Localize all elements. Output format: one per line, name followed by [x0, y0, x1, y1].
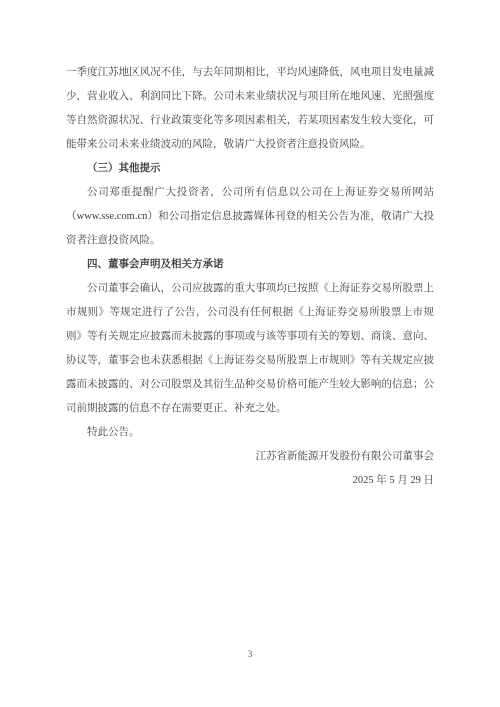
section-heading-board-statement: 四、董事会声明及相关方承诺 — [66, 253, 434, 277]
paragraph-investor-reminder: 公司郑重提醒广大投资者，公司所有信息以公司在上海证券交易所网站（www.sse.… — [66, 181, 434, 253]
page-number: 3 — [0, 649, 500, 659]
signature-date: 2025 年 5 月 29 日 — [66, 469, 434, 493]
paragraph-hereby-announced: 特此公告。 — [66, 421, 434, 445]
section-heading-other-notes: （三）其他提示 — [66, 157, 434, 181]
paragraph-risk-warning-continuation: 一季度江苏地区风况不佳，与去年同期相比，平均风速降低，风电项目发电量减少，营业收… — [66, 61, 434, 157]
paragraph-board-confirmation: 公司董事会确认，公司应披露的重大事项均已按照《上海证券交易所股票上市规则》等规定… — [66, 277, 434, 421]
document-content: 一季度江苏地区风况不佳，与去年同期相比，平均风速降低，风电项目发电量减少，营业收… — [66, 61, 434, 493]
signature-company-board: 江苏省新能源开发股份有限公司董事会 — [66, 445, 434, 469]
